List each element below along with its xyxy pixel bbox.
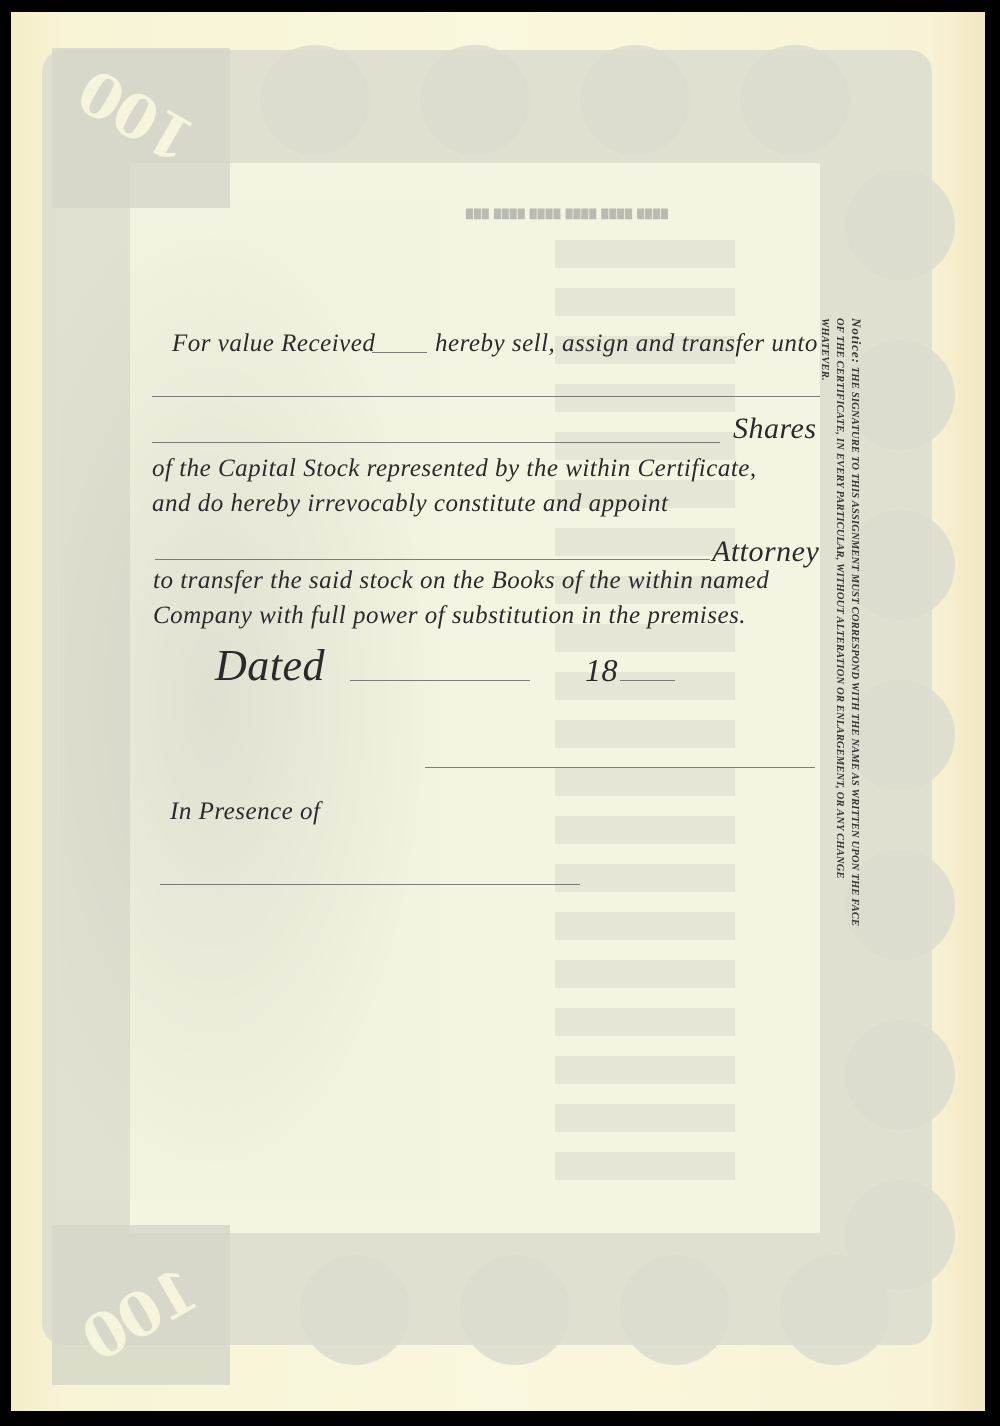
text-block-show-through: [555, 240, 735, 1180]
sell-assign-transfer-text: hereby sell, assign and transfer unto: [435, 330, 818, 358]
assignor-blank[interactable]: [372, 352, 427, 353]
capital-stock-text: of the Capital Stock represented by the …: [152, 455, 757, 483]
border-scallop: [740, 45, 850, 155]
attorney-label: Attorney: [712, 535, 819, 569]
appoint-text: and do hereby irrevocably constitute and…: [152, 490, 669, 518]
border-scallop: [260, 45, 370, 155]
year-line[interactable]: [620, 680, 675, 681]
assignee-name-line[interactable]: [152, 396, 820, 397]
notice-line-2: OF THE CERTIFICATE, IN EVERY PARTICULAR,…: [817, 318, 847, 938]
border-scallop: [845, 170, 955, 280]
border-scallop: [460, 1255, 570, 1365]
in-presence-of-label: In Presence of: [170, 798, 320, 826]
shares-count-line[interactable]: [152, 442, 720, 443]
border-scallop: [780, 1255, 890, 1365]
attorney-name-line[interactable]: [155, 559, 710, 560]
transfer-books-text: to transfer the said stock on the Books …: [153, 567, 769, 595]
witness-signature-line[interactable]: [160, 884, 580, 885]
substitution-text: Company with full power of substitution …: [153, 602, 746, 630]
notice-line-1: THE SIGNATURE TO THIS ASSIGNMENT MUST CO…: [849, 367, 860, 926]
for-value-received-label: For value Received: [172, 330, 375, 358]
border-scallop: [420, 45, 530, 155]
border-scallop: [580, 45, 690, 155]
border-scallop: [845, 1020, 955, 1130]
date-line[interactable]: [350, 680, 530, 681]
shares-label: Shares: [733, 412, 817, 446]
year-prefix: 18: [585, 652, 618, 689]
reverse-ghost-text: ████ ████ ████ ████ ████ ███: [465, 210, 668, 220]
signature-line[interactable]: [425, 767, 815, 768]
notice-lead: Notice:: [849, 318, 864, 364]
dated-label: Dated: [215, 640, 325, 691]
border-scallop: [300, 1255, 410, 1365]
border-scallop: [620, 1255, 730, 1365]
signature-notice: Notice: THE SIGNATURE TO THIS ASSIGNMENT…: [820, 318, 864, 938]
